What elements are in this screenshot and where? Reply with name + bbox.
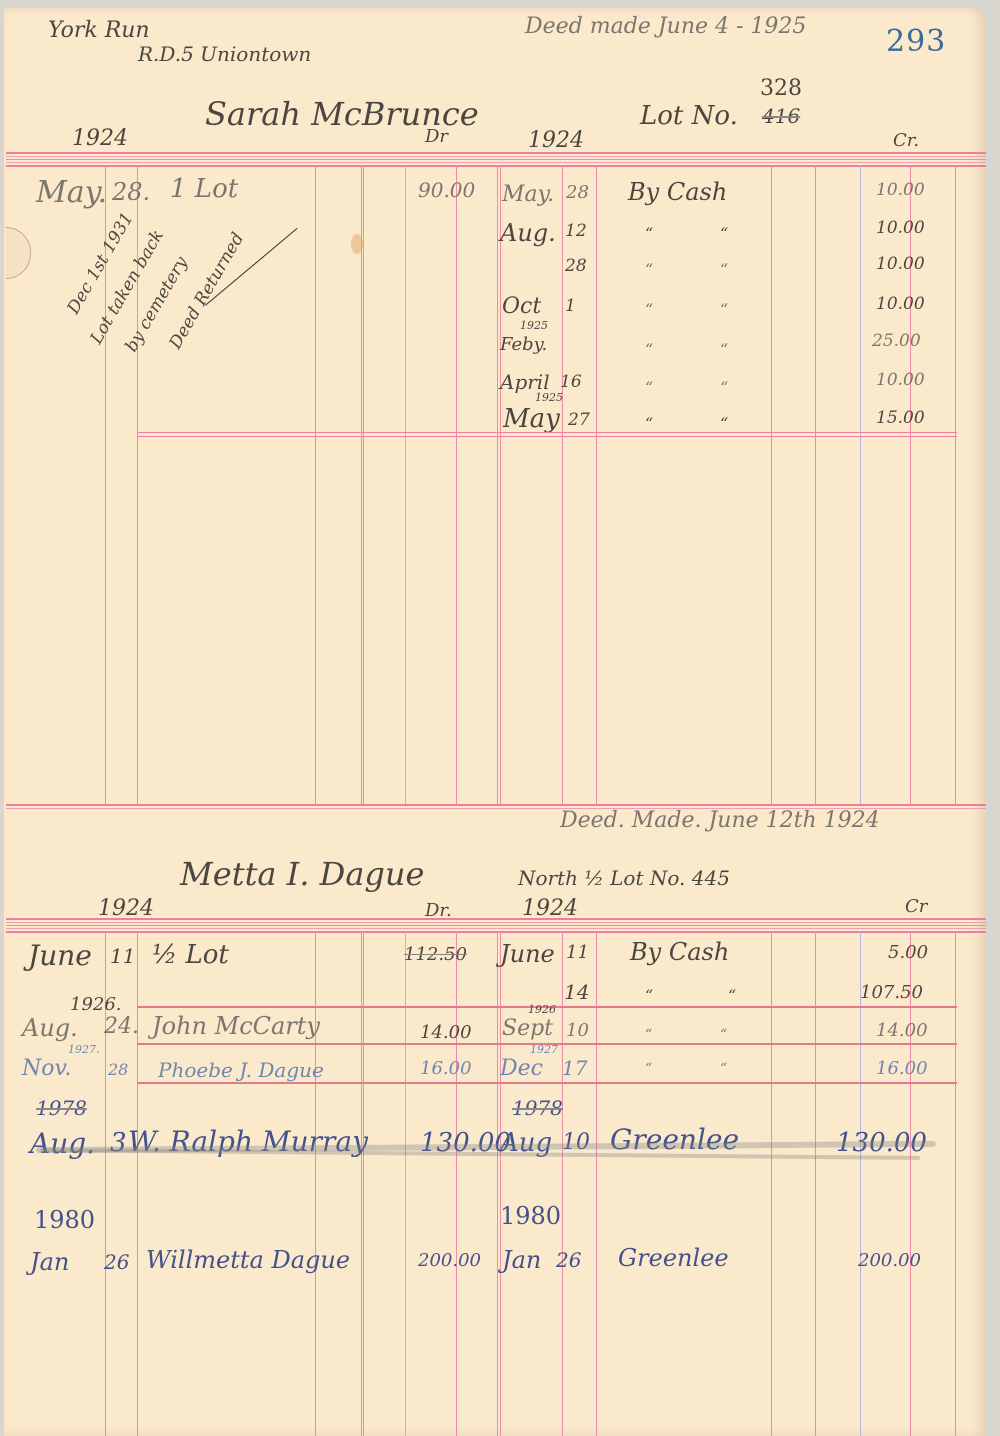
debit-month: May. [36,178,107,208]
credit-year: 1925 [520,320,548,331]
debit-month: Nov. [22,1058,71,1080]
debit-month: Aug. [22,1016,78,1040]
debit-day: 28 [108,1062,128,1078]
ledger-page [4,8,986,1436]
address-line-1: York Run [48,20,150,42]
ditto-mark: “ [645,302,653,318]
debit-label-1: Dr [425,128,448,146]
credit-amount: 16.00 [876,1060,928,1078]
credit-amount: 14.00 [876,1022,928,1040]
debit-amount: 14.00 [420,1024,472,1042]
credit-label-2: Cr [905,898,927,916]
debit-month: Jan [30,1250,69,1274]
credit-amount: 107.50 [860,984,923,1002]
credit-month: May [503,406,560,432]
debit-amount: 112.50 [404,946,467,964]
ditto-mark: “ [645,1062,652,1076]
debit-year: 1978 [36,1098,87,1118]
credit-month: Sept [502,1018,553,1040]
credit-amount: 5.00 [888,944,928,962]
credit-day: 1 [565,298,576,315]
credit-amount: 10.00 [876,182,925,199]
credit-year: 1980 [500,1204,561,1228]
lot-label-1: Lot No. [640,103,738,129]
credit-year: 1926 [528,1004,556,1015]
deed-note-2: Deed. Made. June 12th 1924 [560,810,880,832]
credit-day: 14 [564,982,589,1002]
credit-year: 1925 [535,392,563,403]
debit-amount: 90.00 [418,180,475,200]
ditto-mark: “ [645,226,653,242]
credit-description: Greenlee [618,1246,729,1270]
credit-amount: 200.00 [858,1252,921,1270]
credit-year: 1927 [530,1044,558,1055]
ditto-mark: “ [720,342,728,358]
credit-amount: 25.00 [872,333,921,350]
ditto-mark: “ [720,262,728,278]
ditto-mark: “ [720,302,728,318]
address-line-2: R.D.5 Uniontown [138,44,311,64]
credit-day: 11 [566,944,589,962]
credit-month: June [500,942,555,966]
debit-month: June [28,942,92,970]
debit-description: 1 Lot [170,176,238,202]
account-name-2: Metta I. Dague [180,858,424,890]
ditto-mark: “ [645,380,653,396]
debit-year-2: 1924 [98,898,154,920]
debit-description: ½ Lot [152,942,229,968]
credit-description: Greenlee [610,1126,739,1154]
debit-day: 26 [104,1252,129,1272]
debit-year-1: 1924 [72,128,128,150]
credit-day: 10 [566,1022,589,1040]
ditto-mark: “ [720,226,728,242]
ditto-mark: “ [720,1028,727,1042]
debit-amount: 200.00 [418,1252,481,1270]
credit-amount: 15.00 [876,410,925,427]
lot-number-1: 328 [760,78,802,100]
debit-year: 1927. [68,1044,100,1055]
ditto-mark: “ [645,988,653,1004]
credit-day: 17 [562,1058,587,1078]
credit-month: Jan [502,1248,541,1272]
debit-day: 24. [104,1016,139,1038]
debit-day: 11 [110,946,135,966]
credit-label-1: Cr. [893,132,919,150]
credit-amount: 10.00 [876,296,925,313]
credit-day: 28 [566,184,589,202]
credit-amount: 10.00 [876,372,925,389]
ditto-mark: “ [720,380,728,396]
credit-description: By Cash [628,180,727,204]
credit-amount: 10.00 [876,220,925,237]
ditto-mark: “ [645,1028,652,1042]
debit-month: Aug. [30,1130,95,1158]
ditto-mark: “ [645,416,653,432]
ditto-mark: “ [720,416,728,432]
credit-day: 16 [560,374,582,391]
lot-desc-2: North ½ Lot No. 445 [518,868,730,888]
credit-year: 1978 [512,1098,563,1118]
ditto-mark: “ [720,1062,727,1076]
credit-day: 12 [565,223,587,240]
credit-amount: 10.00 [876,256,925,273]
debit-description: Willmetta Dague [146,1248,350,1272]
ditto-mark: “ [645,342,653,358]
credit-month: Dec [500,1058,543,1080]
credit-month: Feby. [500,336,547,354]
credit-month: Oct [502,296,541,318]
credit-month: May. [502,184,554,206]
deed-note-1: Deed made June 4 - 1925 [525,16,806,38]
credit-year-2: 1924 [522,898,578,920]
credit-month: April [500,372,550,392]
page-number: 293 [886,24,946,59]
debit-year: 1926. [70,996,122,1014]
ditto-mark: “ [728,988,736,1004]
debit-day: 28. [112,180,150,204]
debit-year: 1980 [34,1208,95,1232]
debit-description: John McCarty [152,1014,320,1038]
ditto-mark: “ [645,262,653,278]
debit-amount: 16.00 [420,1060,472,1078]
credit-description: By Cash [630,940,729,964]
credit-day: 27 [568,412,590,429]
credit-day: 28 [565,258,587,275]
credit-day: 26 [556,1250,581,1270]
credit-year-1: 1924 [528,130,584,152]
punch-hole [6,227,31,279]
debit-description: Phoebe J. Dague [158,1060,324,1080]
credit-month: Aug. [500,221,556,245]
lot-number-struck-1: 416 [762,106,800,126]
